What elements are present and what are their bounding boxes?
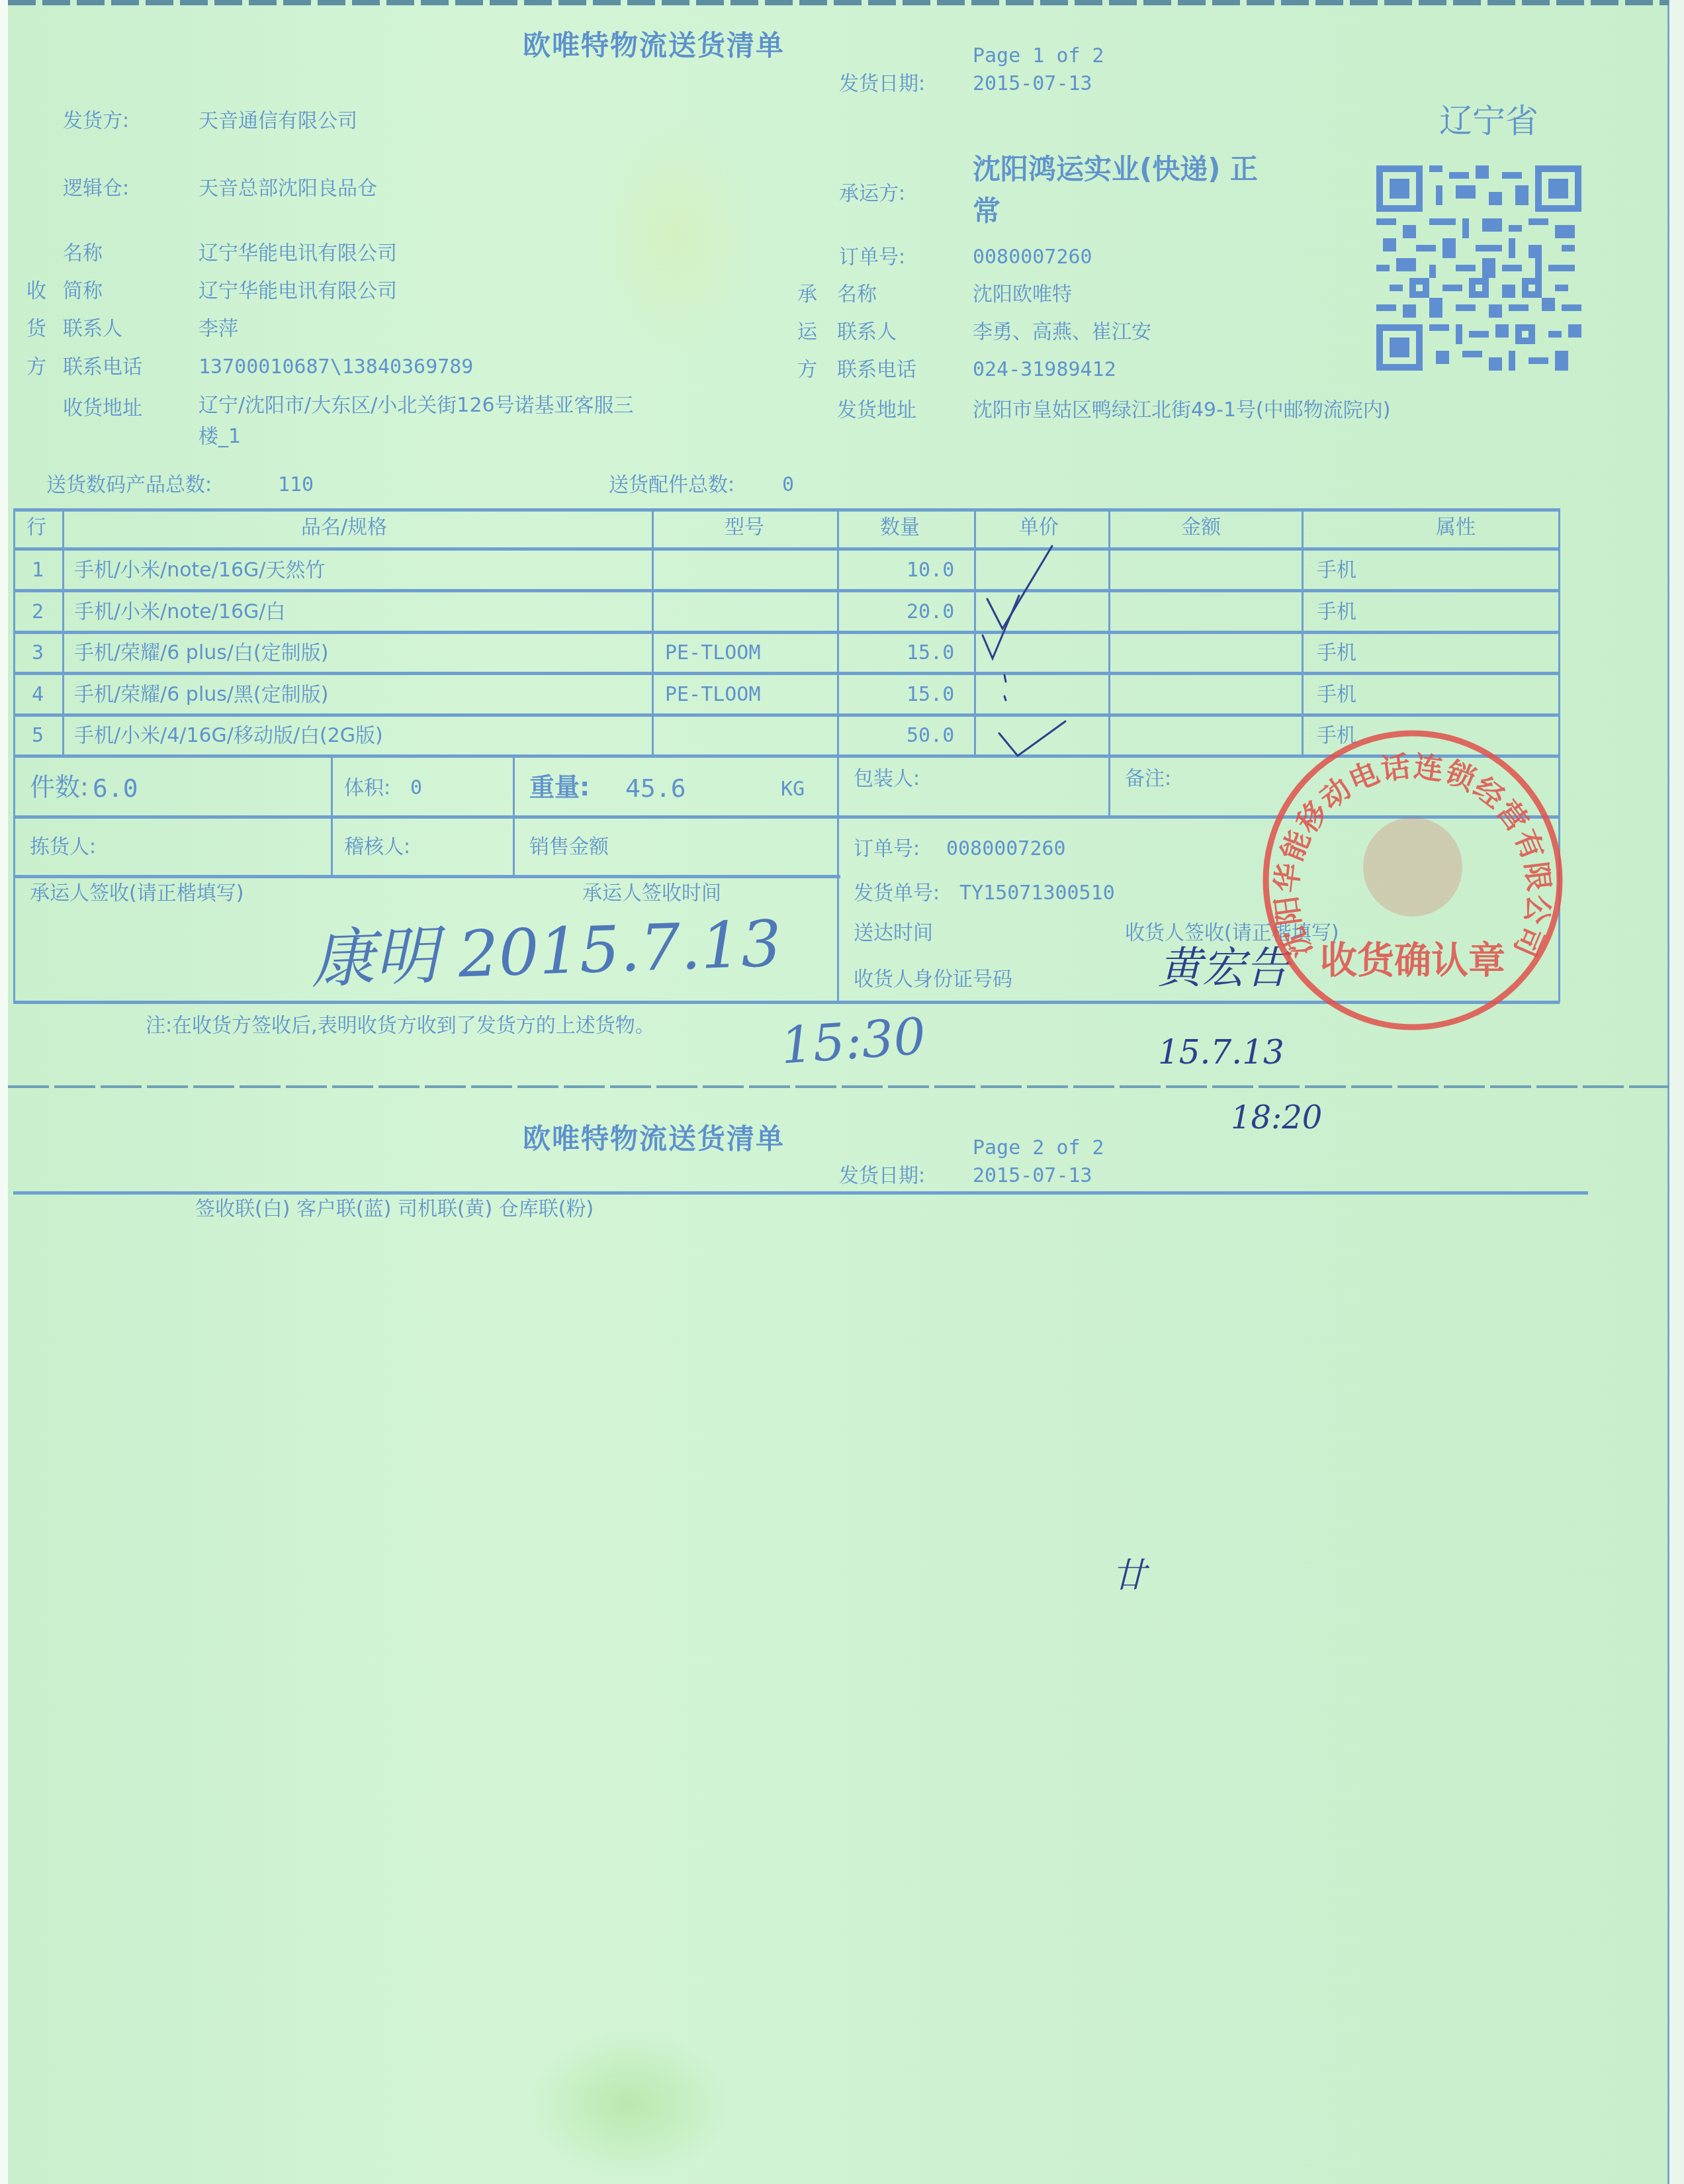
- row-attr: 手机: [1317, 561, 1356, 580]
- accessory-total-label: 送货配件总数:: [609, 475, 734, 495]
- row-product-name: 手机/荣耀/6 plus/白(定制版): [74, 643, 328, 663]
- paper-right-tear-strip: [1667, 0, 1684, 2184]
- consignee-side-label-2: 货: [26, 319, 46, 339]
- row-model: PE-TLOOM: [665, 685, 761, 705]
- order-no: 0080007260: [946, 839, 1066, 859]
- handwritten-check-marks-icon: [973, 523, 1105, 761]
- delivery-time-label: 送达时间: [854, 923, 933, 943]
- accessory-total: 0: [782, 475, 794, 495]
- weight-label: 重量:: [529, 774, 590, 799]
- carrier-value: 沈阳鸿运实业(快递) 正: [973, 156, 1258, 183]
- tear-perforation-line: [8, 1085, 1669, 1088]
- paper-left-margin: [0, 0, 8, 2184]
- carrier-handwritten-signature: 康明 2015.7.13: [310, 912, 783, 992]
- ship-date-label: 发货日期:: [839, 74, 925, 94]
- row-product-name: 手机/小米/note/16G/白: [74, 602, 285, 622]
- volume-value: 0: [410, 778, 422, 798]
- receipt-confirmation-stamp-icon: 沈阳华能移动电话连锁经营有限公司 收货确认章: [1261, 728, 1565, 1032]
- page-title: 欧唯特物流送货清单: [523, 32, 785, 60]
- logic-warehouse-label: 逻辑仓:: [63, 179, 129, 199]
- consignee-address-label: 收货地址: [63, 398, 142, 418]
- carrier-phone-label: 联系电话: [837, 360, 916, 380]
- row-qty: 10.0: [907, 561, 954, 580]
- digital-total-label: 送货数码产品总数:: [46, 475, 212, 495]
- packer-label: 包装人:: [854, 769, 920, 789]
- page2-header-rule: [13, 1191, 1588, 1195]
- row-line-no: 5: [32, 726, 44, 746]
- receiver-handwritten-date: 15.7.13: [1158, 1036, 1284, 1069]
- copy-distribution-legend: 签收联(白) 客户联(蓝) 司机联(黄) 仓库联(粉): [195, 1199, 594, 1219]
- col-header-name: 品名/规格: [301, 518, 387, 537]
- row-qty: 50.0: [907, 726, 954, 746]
- carrier-address-label: 发货地址: [837, 400, 916, 420]
- weight-unit: KG: [781, 780, 805, 799]
- row-line-no: 3: [32, 643, 44, 663]
- carrier-label: 承运方:: [839, 184, 905, 204]
- province-label: 辽宁省: [1439, 105, 1538, 138]
- consignee-short-label: 简称: [63, 281, 103, 301]
- carrier-contact: 李勇、高燕、崔江安: [973, 322, 1151, 342]
- weight-value: 45.6: [625, 776, 686, 801]
- sales-amount-label: 销售金额: [529, 837, 609, 857]
- consignee-contact-label: 联系人: [63, 319, 122, 339]
- receipt-note: 注:在收货方签收后,表明收货方收到了发货方的上述货物。: [146, 1016, 655, 1036]
- carrier-name: 沈阳欧唯特: [973, 285, 1072, 304]
- row-product-name: 手机/小米/4/16G/移动版/白(2G版): [74, 726, 383, 746]
- carrier-side-label-3: 方: [797, 360, 817, 380]
- consignee-side-label-3: 方: [26, 357, 46, 377]
- carrier-contact-label: 联系人: [837, 322, 897, 342]
- receiver-id-label: 收货人身份证号码: [854, 970, 1012, 989]
- page2-title: 欧唯特物流送货清单: [523, 1125, 785, 1153]
- carrier-name-label: 名称: [837, 285, 877, 304]
- remarks-label: 备注:: [1125, 769, 1171, 789]
- row-line-no: 1: [32, 561, 44, 580]
- handwritten-mark: 廿: [1112, 1559, 1146, 1593]
- receiver-handwritten-time: 18:20: [1231, 1102, 1322, 1134]
- shipper-label: 发货方:: [63, 111, 129, 131]
- top-perforation: [8, 0, 1669, 5]
- carrier-address: 沈阳市皇姑区鸭绿江北街49-1号(中邮物流院内): [973, 400, 1391, 420]
- consignee-phone: 13700010687\13840369789: [199, 357, 473, 377]
- row-product-name: 手机/荣耀/6 plus/黑(定制版): [74, 685, 328, 705]
- logic-warehouse-value: 天音总部沈阳良品仓: [199, 179, 377, 199]
- carrier-handwritten-time: 15:30: [779, 1011, 928, 1071]
- page-indicator: Page 1 of 2: [973, 46, 1104, 66]
- qr-code-icon: [1376, 165, 1581, 371]
- shipment-no: TY15071300510: [959, 884, 1115, 903]
- consignee-address-cont: 楼_1: [199, 427, 241, 447]
- carrier-sign-label: 承运人签收(请正楷填写): [30, 884, 244, 903]
- row-qty: 15.0: [907, 643, 954, 663]
- page2-ship-date: 2015-07-13: [973, 1166, 1092, 1186]
- order-no-label: 订单号:: [854, 839, 920, 859]
- carrier-order-label: 订单号:: [839, 248, 905, 267]
- pieces-label: 件数:: [30, 774, 89, 799]
- row-model: PE-TLOOM: [665, 643, 761, 663]
- consignee-short-name: 辽宁华能电讯有限公司: [199, 281, 397, 301]
- consignee-name-label: 名称: [63, 244, 103, 263]
- auditor-label: 稽核人:: [344, 837, 410, 857]
- col-header-line: 行: [26, 518, 46, 537]
- carrier-sign-time-label: 承运人签收时间: [582, 884, 721, 903]
- consignee-side-label-1: 收: [26, 281, 46, 301]
- row-qty: 20.0: [907, 602, 954, 622]
- volume-label: 体积:: [344, 778, 390, 798]
- shipment-no-label: 发货单号:: [854, 884, 940, 903]
- row-line-no: 2: [32, 602, 44, 622]
- row-attr: 手机: [1317, 602, 1356, 622]
- consignee-name: 辽宁华能电讯有限公司: [199, 244, 397, 263]
- row-attr: 手机: [1317, 643, 1356, 663]
- carrier-phone: 024-31989412: [973, 360, 1116, 380]
- ship-date: 2015-07-13: [973, 74, 1092, 94]
- col-header-qty: 数量: [880, 518, 920, 537]
- consignee-phone-label: 联系电话: [63, 357, 142, 377]
- carrier-value-cont: 常: [973, 197, 1000, 225]
- carrier-side-label-1: 承: [797, 285, 817, 304]
- carrier-side-label-2: 运: [797, 322, 817, 342]
- consignee-contact: 李萍: [199, 319, 238, 339]
- col-header-amount: 金额: [1181, 518, 1221, 537]
- col-header-model: 型号: [725, 518, 764, 537]
- row-line-no: 4: [32, 685, 44, 705]
- carrier-order-no: 0080007260: [973, 248, 1092, 267]
- col-header-attr: 属性: [1436, 518, 1476, 537]
- shipper-value: 天音通信有限公司: [199, 111, 357, 131]
- row-qty: 15.0: [907, 685, 954, 705]
- row-attr: 手机: [1317, 685, 1356, 705]
- pieces-value: 6.0: [93, 776, 138, 801]
- page2-ship-date-label: 发货日期:: [839, 1166, 925, 1186]
- row-product-name: 手机/小米/note/16G/天然竹: [74, 561, 325, 580]
- consignee-address: 辽宁/沈阳市/大东区/小北关街126号诺基亚客服三: [199, 396, 634, 416]
- picker-label: 拣货人:: [30, 837, 96, 857]
- page2-indicator: Page 2 of 2: [973, 1138, 1104, 1158]
- svg-text:收货确认章: 收货确认章: [1320, 939, 1505, 982]
- digital-total: 110: [278, 475, 314, 495]
